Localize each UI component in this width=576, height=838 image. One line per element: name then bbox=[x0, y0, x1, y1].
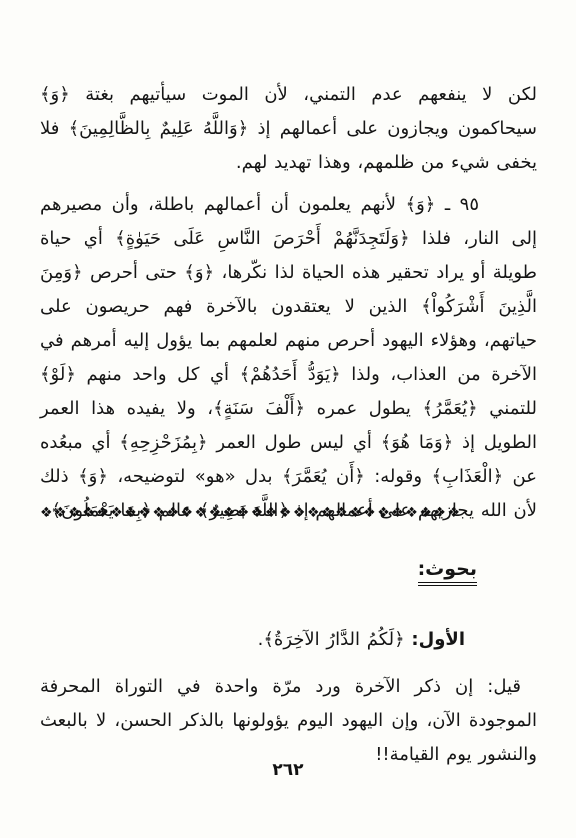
paragraph-qeel: قيل: إن ذكر الآخرة ورد مرّة واحدة في الت… bbox=[40, 670, 537, 772]
paragraph-continuation: لكن لا ينفعهم عدم التمني، لأن الموت سيأت… bbox=[40, 78, 537, 180]
book-page: لكن لا ينفعهم عدم التمني، لأن الموت سيأت… bbox=[0, 0, 576, 838]
research-item-first-label: الأول: bbox=[411, 629, 465, 650]
page-number: ٢٦٢ bbox=[0, 760, 576, 780]
section-heading-row: بحوث: bbox=[40, 558, 537, 586]
paragraph-verse-95-commentary: ٩٥ ـ ﴿وَ﴾ لأنهم يعلمون أن أعمالهم باطلة،… bbox=[40, 188, 537, 528]
ornament-divider: ❖❖❖❖❖❖❖❖❖❖❖❖❖❖❖❖❖❖❖❖❖❖❖❖❖❖❖❖❖❖ bbox=[40, 505, 537, 521]
research-item-first-verse: ﴿لَكُمُ الدَّارُ الآخِرَةُ﴾. bbox=[258, 629, 405, 650]
section-heading-bohooth: بحوث: bbox=[418, 558, 477, 586]
research-item-first: الأول: ﴿لَكُمُ الدَّارُ الآخِرَةُ﴾. bbox=[40, 624, 537, 656]
